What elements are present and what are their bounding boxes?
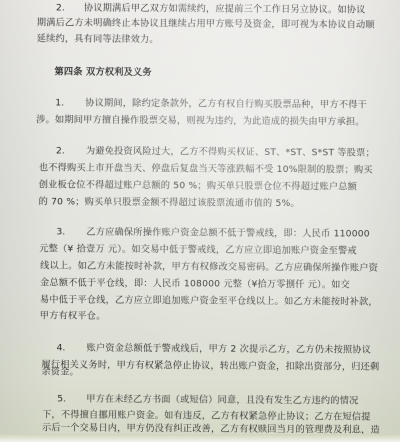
item-number: 3. [56,224,65,239]
item-number: 4. [57,340,66,355]
item-text-line: 元整（¥ 拾壹万 元）。如交易中低于警戒线，乙方应立即追加账户资金至警戒 [39,241,357,258]
item-text-line: 余资金。 [41,364,79,379]
item-text-line: 甲方有权平仓。 [40,308,106,323]
item-text-line: 的 70 %；购买单只股票金额不得超过该股票流通市值的 5%。 [39,194,300,211]
item-text-line: 账户资金总额低于警戒线后，甲方 2 次提示乙方，乙方仍未按照协议 [87,341,372,358]
item-text-line: 甲方在未经乙方书面（或短信）同意，且没有发生乙方违约的情况 [86,392,358,409]
contract-page: 2. 协议期满后甲乙双方如需续约，应提前三个工作日另立协议。如协议 期满后乙方未… [0,0,400,3]
item-text-line: 线以上。如乙方未能按时补款，甲方有权修改交易密码。乙方应确保所操作账户资 [40,258,378,275]
clause-text-line: 期满后乙方未明确终止本协议且继续占用甲方账号及资金，即可视为本协议自动顺 [37,15,375,32]
item-text-line: 履行相关义务时，甲方有权紧急停止协议，转出账户资金，扣除出资部分，归还剩 [41,357,379,374]
section-title: 第四条 双方权利及义务 [54,64,151,80]
item-text-line: 乙方应确保所操作账户资金总额不低于警戒线，即：人民币 110000 [86,225,370,242]
item-text-line: 金总额不低于平仓线，即：人民币 108000 元整（¥拾万零捌仟 元）。如交 [40,275,350,292]
page-bottom-edge [0,434,400,442]
item-number: 1. [55,95,64,110]
item-text-line: 为避免投资风险过大，乙方不得购买权证、ST、*ST、S*ST 等股票； [86,144,375,161]
document-photo: 2. 协议期满后甲乙双方如需续约，应提前三个工作日另立协议。如协议 期满后乙方未… [0,0,400,442]
item-text-line: 协议期间，除约定条款外，乙方有权自行购买股票品种，甲方不得干 [85,96,367,113]
clause-text-line: 延续约，具有同等法律效力。 [37,31,159,47]
item-text-line: 易中低于平仓线，乙方应立即追加账户资金至平仓线以上。如乙方未能按时补款， [40,292,378,309]
item-number: 5. [57,391,66,406]
item-text-line: 创业板仓位不得超过账户总额的 50 %；购买单只股票仓位不得超过账户总额 [39,177,357,194]
item-text-line: 涉。如期间甲方擅自操作股票交易，则视为违约，为此造成的损失由甲方承担。 [36,112,365,129]
item-text-line: 也不得购买上市开盘当天、停盘后复盘当天等涨跌幅不受 10%限制的股票；购买 [39,160,373,177]
clause-number: 2. [56,0,65,15]
item-number: 2. [56,143,65,158]
